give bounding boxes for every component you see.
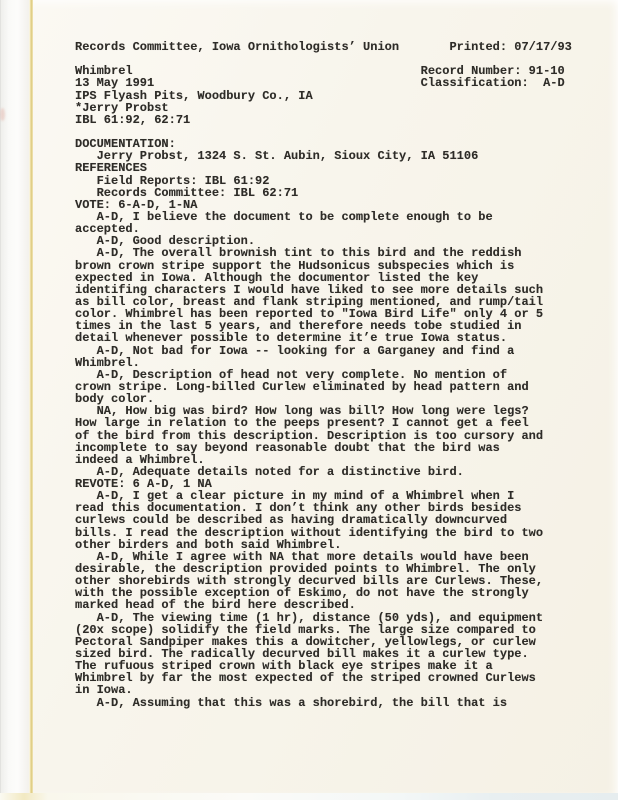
- document-line: A-D, The overall brownish tint to this b…: [75, 247, 572, 259]
- date-classification-line: 13 May 1991 Classification: A-D: [75, 77, 572, 89]
- scanned-document: Records Committee, Iowa Ornithologists’ …: [0, 0, 618, 800]
- scan-bottom-edge: [0, 793, 618, 800]
- document-line: detail whenever possible to determine it…: [75, 332, 572, 344]
- ink-smudge: [0, 108, 5, 121]
- header-line: Records Committee, Iowa Ornithologists’ …: [75, 41, 572, 53]
- location-line: IPS Flyash Pits, Woodbury Co., IA: [75, 90, 572, 102]
- documentation-address-line: Jerry Probst, 1324 S. St. Aubin, Sioux C…: [75, 150, 572, 162]
- document-line: Whimbrel.: [75, 357, 572, 369]
- field-reports-line: Field Reports: IBL 61:92: [75, 175, 572, 187]
- document-line: Whimbrel by far the most expected of the…: [75, 672, 572, 684]
- document-line: curlews could be described as having dra…: [75, 514, 572, 526]
- document-line: A-D, Assuming that this was a shorebird,…: [75, 697, 572, 709]
- ibl-reference-line: IBL 61:92, 62:71: [75, 114, 572, 126]
- document-line: A-D, Not bad for Iowa -- looking for a G…: [75, 345, 572, 357]
- records-committee-line: Records Committee: IBL 62:71: [75, 187, 572, 199]
- scanner-margin: [0, 0, 29, 800]
- document-line: bills. I read the description without id…: [75, 527, 572, 539]
- document-line: in Iowa.: [75, 684, 572, 696]
- document-line: of the bird from this description. Descr…: [75, 430, 572, 442]
- document-line: marked head of the bird here described.: [75, 599, 572, 611]
- typewritten-text: Records Committee, Iowa Ornithologists’ …: [75, 41, 572, 709]
- document-line: expected in Iowa. Although the documento…: [75, 272, 572, 284]
- document-line: How large in relation to the peeps prese…: [75, 417, 572, 429]
- document-line: incomplete to say beyond reasonable doub…: [75, 442, 572, 454]
- document-line: A-D, The viewing time (1 hr), distance (…: [75, 612, 572, 624]
- document-line: A-D, I believe the document to be comple…: [75, 211, 572, 223]
- references-heading-line: REFERENCES: [75, 162, 572, 174]
- document-line: brown crown stripe support the Hudsonicu…: [75, 260, 572, 272]
